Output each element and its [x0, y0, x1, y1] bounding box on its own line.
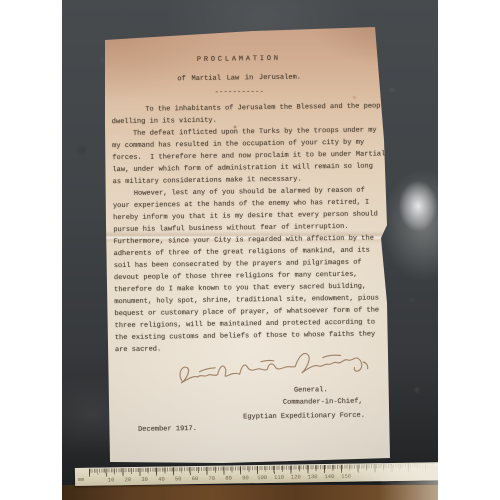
ruler-number: 30 — [141, 476, 148, 483]
ruler-number: 90 — [242, 474, 249, 481]
ruler-number: 10 — [108, 476, 115, 483]
document-subtitle: of Martial Law in Jerusalem. — [107, 71, 371, 87]
ruler-number: 130 — [308, 473, 318, 480]
closing-rank: General. — [257, 384, 327, 397]
ruler-number: 50 — [175, 475, 182, 482]
ruler-number: 110 — [274, 474, 284, 481]
closing-title: Commander-in-Chief, — [213, 396, 363, 410]
document-paper: PROCLAMATION of Martial Law in Jerusalem… — [103, 25, 395, 465]
ruler-unit-label: mm — [78, 477, 84, 483]
photograph: PROCLAMATION of Martial Law in Jerusalem… — [62, 0, 438, 500]
ruler-number: 140 — [324, 473, 334, 480]
document-body: To the inhabitants of Jerusalem the Bles… — [112, 100, 391, 356]
closing-force: Egyptian Expeditionary Force. — [215, 410, 365, 424]
ruler-number: 80 — [225, 475, 232, 482]
signature — [173, 346, 376, 389]
corner-glare — [378, 466, 438, 500]
ruler-number: 100 — [257, 474, 267, 481]
ruler-number: 40 — [158, 476, 165, 483]
ruler-number: 70 — [208, 475, 215, 482]
document-divider: ----------- — [107, 85, 371, 101]
ruler-number: 20 — [124, 476, 131, 483]
document-content: PROCLAMATION of Martial Law in Jerusalem… — [102, 21, 400, 465]
closing-date: December 1917. — [138, 423, 197, 436]
document-title: PROCLAMATION — [107, 52, 371, 68]
ruler-number: 120 — [291, 473, 301, 480]
ruler-number: 60 — [192, 475, 199, 482]
